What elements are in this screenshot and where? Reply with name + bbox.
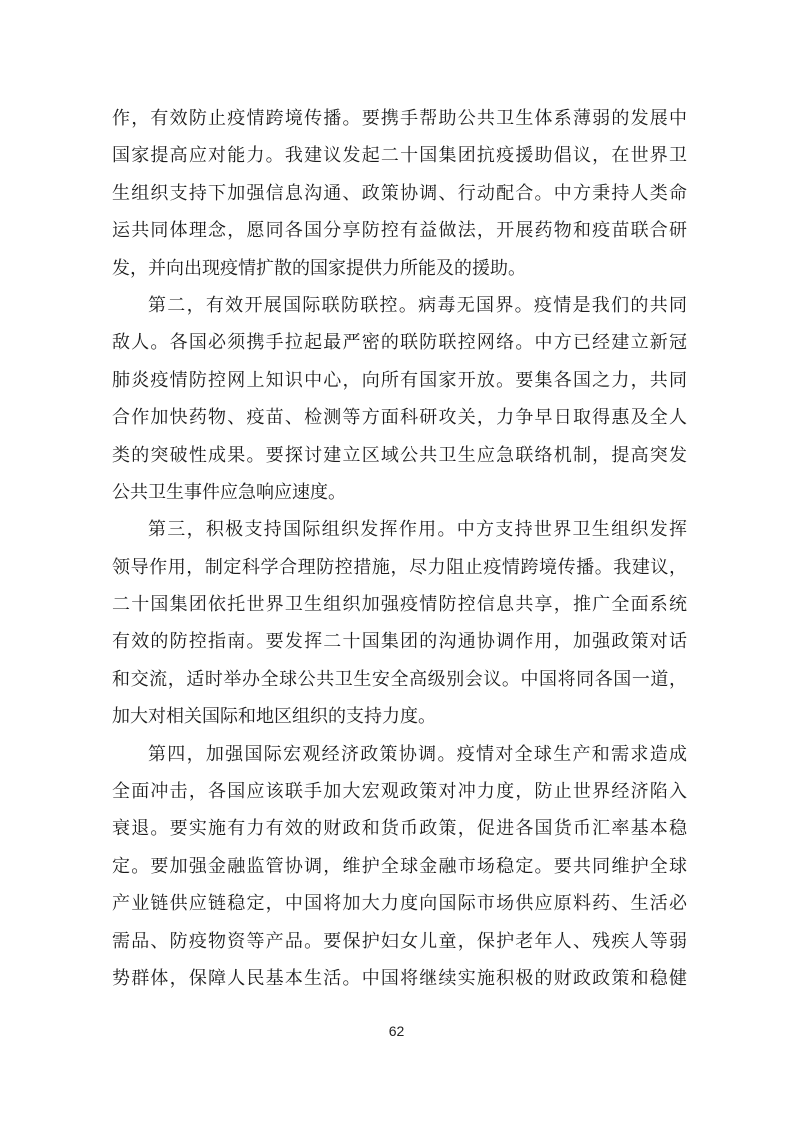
text-line: 势群体，保障人民基本生活。中国将继续实施积极的财政政策和稳健 — [112, 960, 687, 997]
text-line: 作，有效防止疫情跨境传播。要携手帮助公共卫生体系薄弱的发展中 — [112, 100, 687, 137]
paragraph-2: 第二，有效开展国际联防联控。病毒无国界。疫情是我们的共同敌人。各国必须携手拉起最… — [112, 287, 687, 511]
text-line: 加大对相关国际和地区组织的支持力度。 — [112, 698, 687, 735]
text-line: 产业链供应链稳定，中国将加大力度向国际市场供应原料药、生活必 — [112, 885, 687, 922]
text-line: 全面冲击，各国应该联手加大宏观政策对冲力度，防止世界经济陷入 — [112, 773, 687, 810]
text-line: 发，并向出现疫情扩散的国家提供力所能及的援助。 — [112, 250, 687, 287]
document-page: 作，有效防止疫情跨境传播。要携手帮助公共卫生体系薄弱的发展中国家提高应对能力。我… — [0, 0, 793, 1122]
body-text: 作，有效防止疫情跨境传播。要携手帮助公共卫生体系薄弱的发展中国家提高应对能力。我… — [112, 100, 687, 997]
paragraph-3: 第三，积极支持国际组织发挥作用。中方支持世界卫生组织发挥领导作用，制定科学合理防… — [112, 511, 687, 735]
text-line: 肺炎疫情防控网上知识中心，向所有国家开放。要集各国之力，共同 — [112, 362, 687, 399]
text-line: 第四，加强国际宏观经济政策协调。疫情对全球生产和需求造成 — [112, 736, 687, 773]
page-number: 62 — [0, 1023, 793, 1039]
text-line: 领导作用，制定科学合理防控措施，尽力阻止疫情跨境传播。我建议， — [112, 549, 687, 586]
text-line: 类的突破性成果。要探讨建立区域公共卫生应急联络机制，提高突发 — [112, 437, 687, 474]
text-line: 公共卫生事件应急响应速度。 — [112, 474, 687, 511]
text-line: 需品、防疫物资等产品。要保护妇女儿童，保护老年人、残疾人等弱 — [112, 923, 687, 960]
text-line: 运共同体理念，愿同各国分享防控有益做法，开展药物和疫苗联合研 — [112, 212, 687, 249]
text-line: 第二，有效开展国际联防联控。病毒无国界。疫情是我们的共同 — [112, 287, 687, 324]
text-line: 第三，积极支持国际组织发挥作用。中方支持世界卫生组织发挥 — [112, 511, 687, 548]
paragraph-4: 第四，加强国际宏观经济政策协调。疫情对全球生产和需求造成全面冲击，各国应该联手加… — [112, 736, 687, 998]
paragraph-1: 作，有效防止疫情跨境传播。要携手帮助公共卫生体系薄弱的发展中国家提高应对能力。我… — [112, 100, 687, 287]
text-line: 敌人。各国必须携手拉起最严密的联防联控网络。中方已经建立新冠 — [112, 324, 687, 361]
text-line: 衰退。要实施有力有效的财政和货币政策，促进各国货币汇率基本稳 — [112, 810, 687, 847]
text-line: 生组织支持下加强信息沟通、政策协调、行动配合。中方秉持人类命 — [112, 175, 687, 212]
text-line: 有效的防控指南。要发挥二十国集团的沟通协调作用，加强政策对话 — [112, 623, 687, 660]
text-line: 合作加快药物、疫苗、检测等方面科研攻关，力争早日取得惠及全人 — [112, 399, 687, 436]
text-line: 定。要加强金融监管协调，维护全球金融市场稳定。要共同维护全球 — [112, 848, 687, 885]
text-line: 国家提高应对能力。我建议发起二十国集团抗疫援助倡议，在世界卫 — [112, 137, 687, 174]
text-line: 和交流，适时举办全球公共卫生安全高级别会议。中国将同各国一道， — [112, 661, 687, 698]
text-line: 二十国集团依托世界卫生组织加强疫情防控信息共享，推广全面系统 — [112, 586, 687, 623]
